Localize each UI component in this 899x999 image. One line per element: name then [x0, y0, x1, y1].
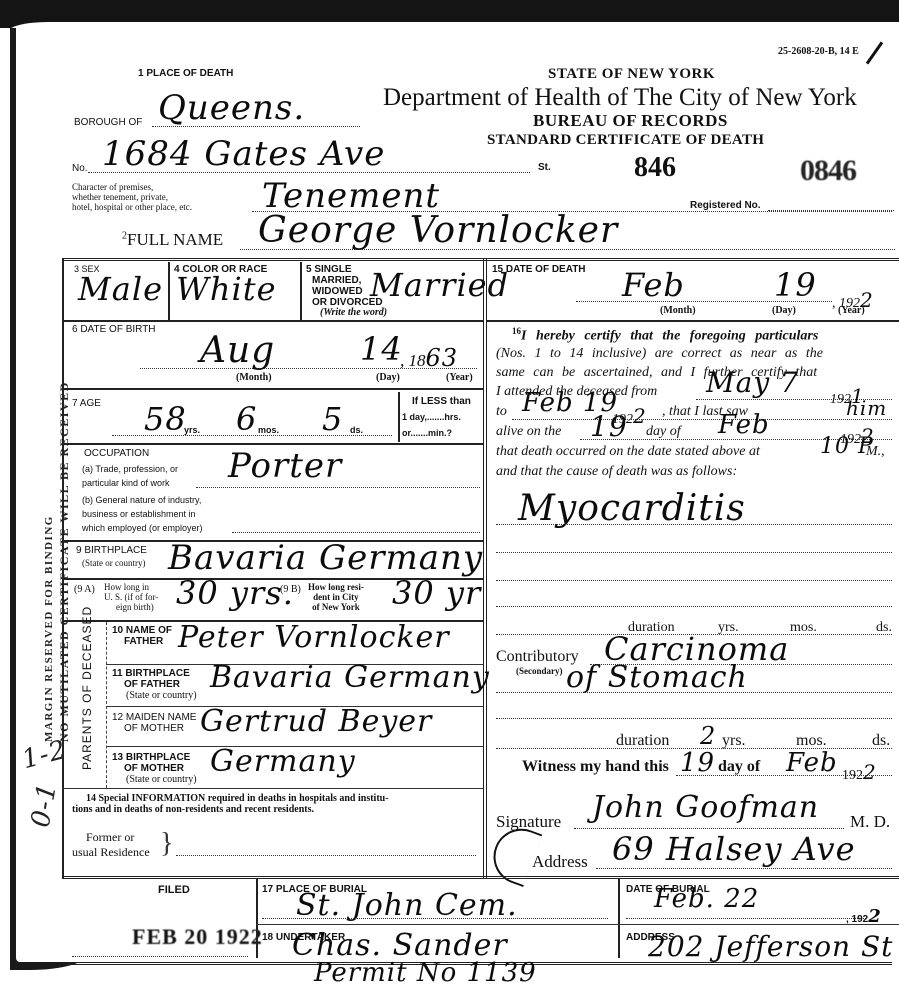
occupation-b-label-2: business or establishment in	[82, 509, 196, 519]
death-month-caption: (Month)	[660, 305, 696, 316]
race-marital-divider	[300, 262, 302, 320]
occupation-b-label-3: which employed (or employer)	[82, 523, 203, 533]
signature-line	[574, 828, 844, 829]
middle-divider	[483, 258, 487, 878]
signature-value[interactable]: John Goofman	[592, 790, 819, 825]
borough-value[interactable]: Queens.	[158, 88, 305, 128]
certificate-number: 846	[634, 152, 676, 184]
scan-left-border	[10, 28, 16, 948]
death-day-caption: (Day)	[772, 305, 796, 316]
residence-us-labels: How long in U. S. (if of for- eign birth…	[104, 582, 158, 612]
burial-date-value[interactable]: Feb. 22	[654, 884, 759, 914]
marital-value[interactable]: Married	[370, 266, 509, 304]
burial-place-divider	[256, 924, 618, 925]
death-year-caption: (Year)	[838, 305, 865, 316]
burial-date-divider	[618, 924, 899, 925]
physician-address-value[interactable]: 69 Halsey Ave	[612, 830, 856, 868]
undertaker-address-value[interactable]: 202 Jefferson St	[648, 930, 893, 963]
marital-instruction: (Write the word)	[320, 307, 387, 318]
full-name-label: FULL NAME	[127, 230, 223, 249]
special-info-label-2: tions and in deaths of non-residents and…	[72, 804, 314, 815]
occupation-a-label-1: (a) Trade, profession, or	[82, 464, 178, 474]
death-month-value[interactable]: Feb	[622, 266, 685, 304]
parents-side-divider	[106, 622, 107, 788]
birth-month-caption: (Month)	[236, 372, 272, 383]
age-years-label: yrs.	[184, 425, 200, 435]
mother-birthplace-labels: 13 BIRTHPLACE OF MOTHER (State or countr…	[112, 752, 197, 785]
divider-row7	[62, 788, 483, 789]
birth-day-value[interactable]: 14	[360, 330, 403, 368]
occupation-a-line	[196, 487, 480, 488]
cert-line-1: 16I hereby certify that the foregoing pa…	[512, 326, 818, 345]
md-label: M. D.	[850, 812, 890, 832]
death-day-value[interactable]: 19	[774, 266, 817, 304]
father-birthplace-label-3: (State or country)	[112, 690, 197, 701]
mother-birthplace-value[interactable]: Germany	[210, 744, 356, 779]
death-date-label: 15 DATE OF DEATH	[492, 264, 586, 275]
age-days-label: ds.	[350, 425, 363, 435]
residence-us-label-3: eign birth)	[104, 602, 158, 612]
cert-line-6-dayof: day of	[646, 424, 681, 440]
duration-2-label: duration	[616, 732, 669, 750]
witness-year-prefix: 192	[842, 768, 863, 783]
cert-line-7-meridiem: M.,	[866, 444, 885, 460]
birthplace-label: 9 BIRTHPLACE	[76, 545, 147, 556]
burial-place-line	[262, 918, 608, 919]
certificate-type: STANDARD CERTIFICATE OF DEATH	[487, 132, 764, 149]
cert-line-1-text: I hereby certify that the foregoing part…	[521, 329, 818, 344]
special-info-label-1: 14 Special INFORMATION required in death…	[86, 793, 389, 804]
divider-bottom	[62, 876, 899, 879]
residence-city-number: (9 B)	[280, 584, 301, 595]
age-years-value[interactable]: 58	[144, 400, 187, 438]
duration-2-years-value[interactable]: 2	[700, 722, 716, 750]
witness-day-of-label: day of	[718, 758, 760, 776]
father-birthplace-label-2: OF FATHER	[112, 679, 197, 690]
mother-birthplace-label-3: (State or country)	[112, 774, 197, 785]
filed-date-stamp: FEB 20 1922	[132, 924, 263, 950]
residence-city-label-2: dent in City	[308, 592, 364, 602]
cause-of-death-value[interactable]: Myocarditis	[518, 488, 746, 529]
parents-side-label: PARENTS OF DECEASED	[80, 606, 94, 770]
last-saw-value[interactable]: him	[846, 396, 887, 420]
residence-city-label-3: of New York	[308, 602, 364, 612]
street-value[interactable]: 1684 Gates Ave	[102, 134, 385, 174]
department-title: Department of Health of The City of New …	[383, 84, 857, 112]
attended-from-value[interactable]: May 7	[706, 366, 799, 399]
brace-icon: }	[160, 830, 173, 858]
physician-address-label: Address	[532, 852, 588, 872]
birthplace-value[interactable]: Bavaria Germany	[168, 538, 483, 578]
cert-line-8: and that the cause of death was as follo…	[496, 464, 737, 480]
father-birthplace-labels: 11 BIRTHPLACE OF FATHER (State or countr…	[112, 668, 197, 701]
birth-date-label: 6 DATE OF BIRTH	[72, 324, 156, 335]
occupation-trade-value[interactable]: Porter	[228, 446, 342, 486]
age-days-value[interactable]: 5	[322, 400, 343, 438]
divider-row2	[62, 388, 483, 390]
age-months-label: mos.	[258, 425, 279, 435]
less-than-minutes[interactable]: or.......min.?	[402, 428, 452, 438]
premises-label-1: Character of premises,	[72, 182, 153, 192]
age-divider	[398, 392, 400, 442]
residence-city-label-1: How long resi-	[308, 582, 364, 592]
contributory-line-3	[496, 718, 892, 719]
borough-label: BOROUGH OF	[74, 117, 142, 128]
residence-city-value[interactable]: 30 yr	[392, 574, 481, 612]
permit-note: Permit No 1139	[314, 958, 537, 988]
age-label: 7 AGE	[72, 398, 101, 409]
race-value[interactable]: White	[176, 270, 277, 308]
mother-birthplace-label-1: 13 BIRTHPLACE	[112, 752, 197, 763]
filed-label: FILED	[158, 884, 190, 896]
duration-2-ds-label: ds.	[872, 732, 890, 750]
cert-number: 16	[512, 326, 521, 336]
witness-year-wrap: 1922	[842, 760, 877, 784]
less-than-label: If LESS than	[412, 396, 471, 407]
witness-year-value[interactable]: 2	[863, 760, 877, 784]
physician-address-line	[596, 868, 892, 869]
secondary-label: (Secondary)	[516, 666, 563, 676]
sex-race-divider	[168, 262, 170, 320]
father-name-labels: 10 NAME OF FATHER	[112, 625, 172, 647]
witness-month-value[interactable]: Feb	[786, 748, 838, 778]
contributory-cause-line2[interactable]: of Stomach	[566, 660, 748, 695]
age-months-value[interactable]: 6	[236, 400, 257, 438]
residence-us-value[interactable]: 30 yrs.	[176, 574, 294, 612]
divider-row3	[62, 443, 483, 445]
cause-line-2	[496, 552, 892, 553]
birth-month-value[interactable]: Aug	[200, 330, 275, 371]
burial-date-line	[626, 918, 866, 919]
father-name-value[interactable]: Peter Vornlocker	[178, 620, 450, 655]
occupation-industry-field[interactable]	[232, 532, 480, 533]
birth-year-value[interactable]: 63	[426, 344, 459, 372]
residence-us-label-2: U. S. (if of for-	[104, 592, 158, 602]
cert-line-5-label: to	[496, 404, 507, 420]
mother-maiden-value[interactable]: Gertrud Beyer	[200, 704, 432, 739]
margin-note-2: 0-1	[26, 780, 63, 829]
attended-to-year[interactable]: 2	[633, 404, 647, 428]
former-residence-field[interactable]	[176, 855, 476, 856]
street-suffix-label: St.	[538, 162, 551, 173]
street-no-label: No.	[72, 163, 88, 174]
residence-us-number: (9 A)	[74, 584, 95, 595]
cert-line-2: (Nos. 1 to 14 inclusive) are correct as …	[496, 346, 823, 362]
alive-day-value[interactable]: 19	[590, 410, 628, 443]
alive-month-value[interactable]: Feb	[718, 410, 770, 440]
occupation-a-label-2: particular kind of work	[82, 478, 170, 488]
residence-city-labels: How long resi- dent in City of New York	[308, 582, 364, 612]
father-name-label-2: FATHER	[112, 636, 172, 647]
scan-bottom-corner-inner	[16, 940, 96, 962]
stamped-number: 0846	[800, 154, 856, 188]
cause-line-1	[496, 524, 892, 525]
birth-year-caption: (Year)	[446, 372, 473, 383]
registered-no-label: Registered No.	[690, 200, 761, 211]
bureau-title: BUREAU OF RECORDS	[533, 111, 728, 131]
occupation-b-label-1: (b) General nature of industry,	[82, 495, 201, 505]
filed-line	[72, 956, 248, 957]
father-birthplace-label-1: 11 BIRTHPLACE	[112, 668, 197, 679]
sex-value[interactable]: Male	[78, 270, 163, 308]
father-name-label-1: 10 NAME OF	[112, 625, 172, 636]
less-than-hours[interactable]: 1 day,.......hrs.	[402, 412, 461, 422]
filing-divider	[256, 878, 258, 958]
duration-1-mos-label: mos.	[790, 620, 817, 636]
mother-maiden-label-1: 12 MAIDEN NAME	[112, 712, 196, 723]
former-residence-label-2: usual Residence	[72, 845, 150, 860]
divider-row1	[62, 320, 483, 322]
burial-divider	[618, 878, 620, 958]
witness-label: Witness my hand this	[522, 758, 669, 776]
birth-day-caption: (Day)	[376, 372, 400, 383]
state-title: STATE OF NEW YORK	[548, 66, 715, 83]
father-birthplace-value[interactable]: Bavaria Germany	[210, 660, 490, 695]
mother-maiden-label-2: OF MOTHER	[112, 723, 196, 734]
duration-1-ds-label: ds.	[876, 620, 892, 636]
scan-page-edge	[8, 22, 899, 36]
cert-line-7-label: that death occurred on the date stated a…	[496, 444, 760, 460]
form-code: 25-2608-20-B, 14 E	[778, 46, 859, 57]
divider-right-1	[486, 320, 899, 322]
duration-2-yrs-label: yrs.	[722, 732, 746, 750]
cause-line-4	[496, 606, 892, 607]
divider-top	[62, 258, 899, 261]
place-of-death-label: 1 PLACE OF DEATH	[138, 68, 233, 79]
margin-mutilated-text: NO MUTILATED CERTIFICATE WILL BE RECEIVE…	[57, 381, 72, 742]
birthplace-sublabel: (State or country)	[82, 558, 145, 568]
birth-year-prefix: , 18	[400, 351, 426, 370]
check-mark	[866, 41, 883, 64]
margin-binding-text: MARGIN RESERVED FOR BINDING	[43, 515, 55, 742]
birth-year-wrap: , 1863	[400, 344, 458, 372]
mother-maiden-labels: 12 MAIDEN NAME OF MOTHER	[112, 712, 196, 734]
full-name-value[interactable]: George Vornlocker	[258, 210, 618, 251]
witness-day-value[interactable]: 19	[680, 748, 715, 778]
residence-us-label-1: How long in	[104, 582, 158, 592]
former-residence-label-1: Former or	[86, 830, 134, 845]
premises-label-3: hotel, hospital or other place, etc.	[72, 202, 192, 212]
premises-label-2: whether tenement, private,	[72, 192, 168, 202]
cause-line-3	[496, 580, 892, 581]
mother-birthplace-label-2: OF MOTHER	[112, 763, 197, 774]
occupation-label: OCCUPATION	[84, 448, 149, 459]
cert-line-6-label: alive on the	[496, 424, 561, 440]
